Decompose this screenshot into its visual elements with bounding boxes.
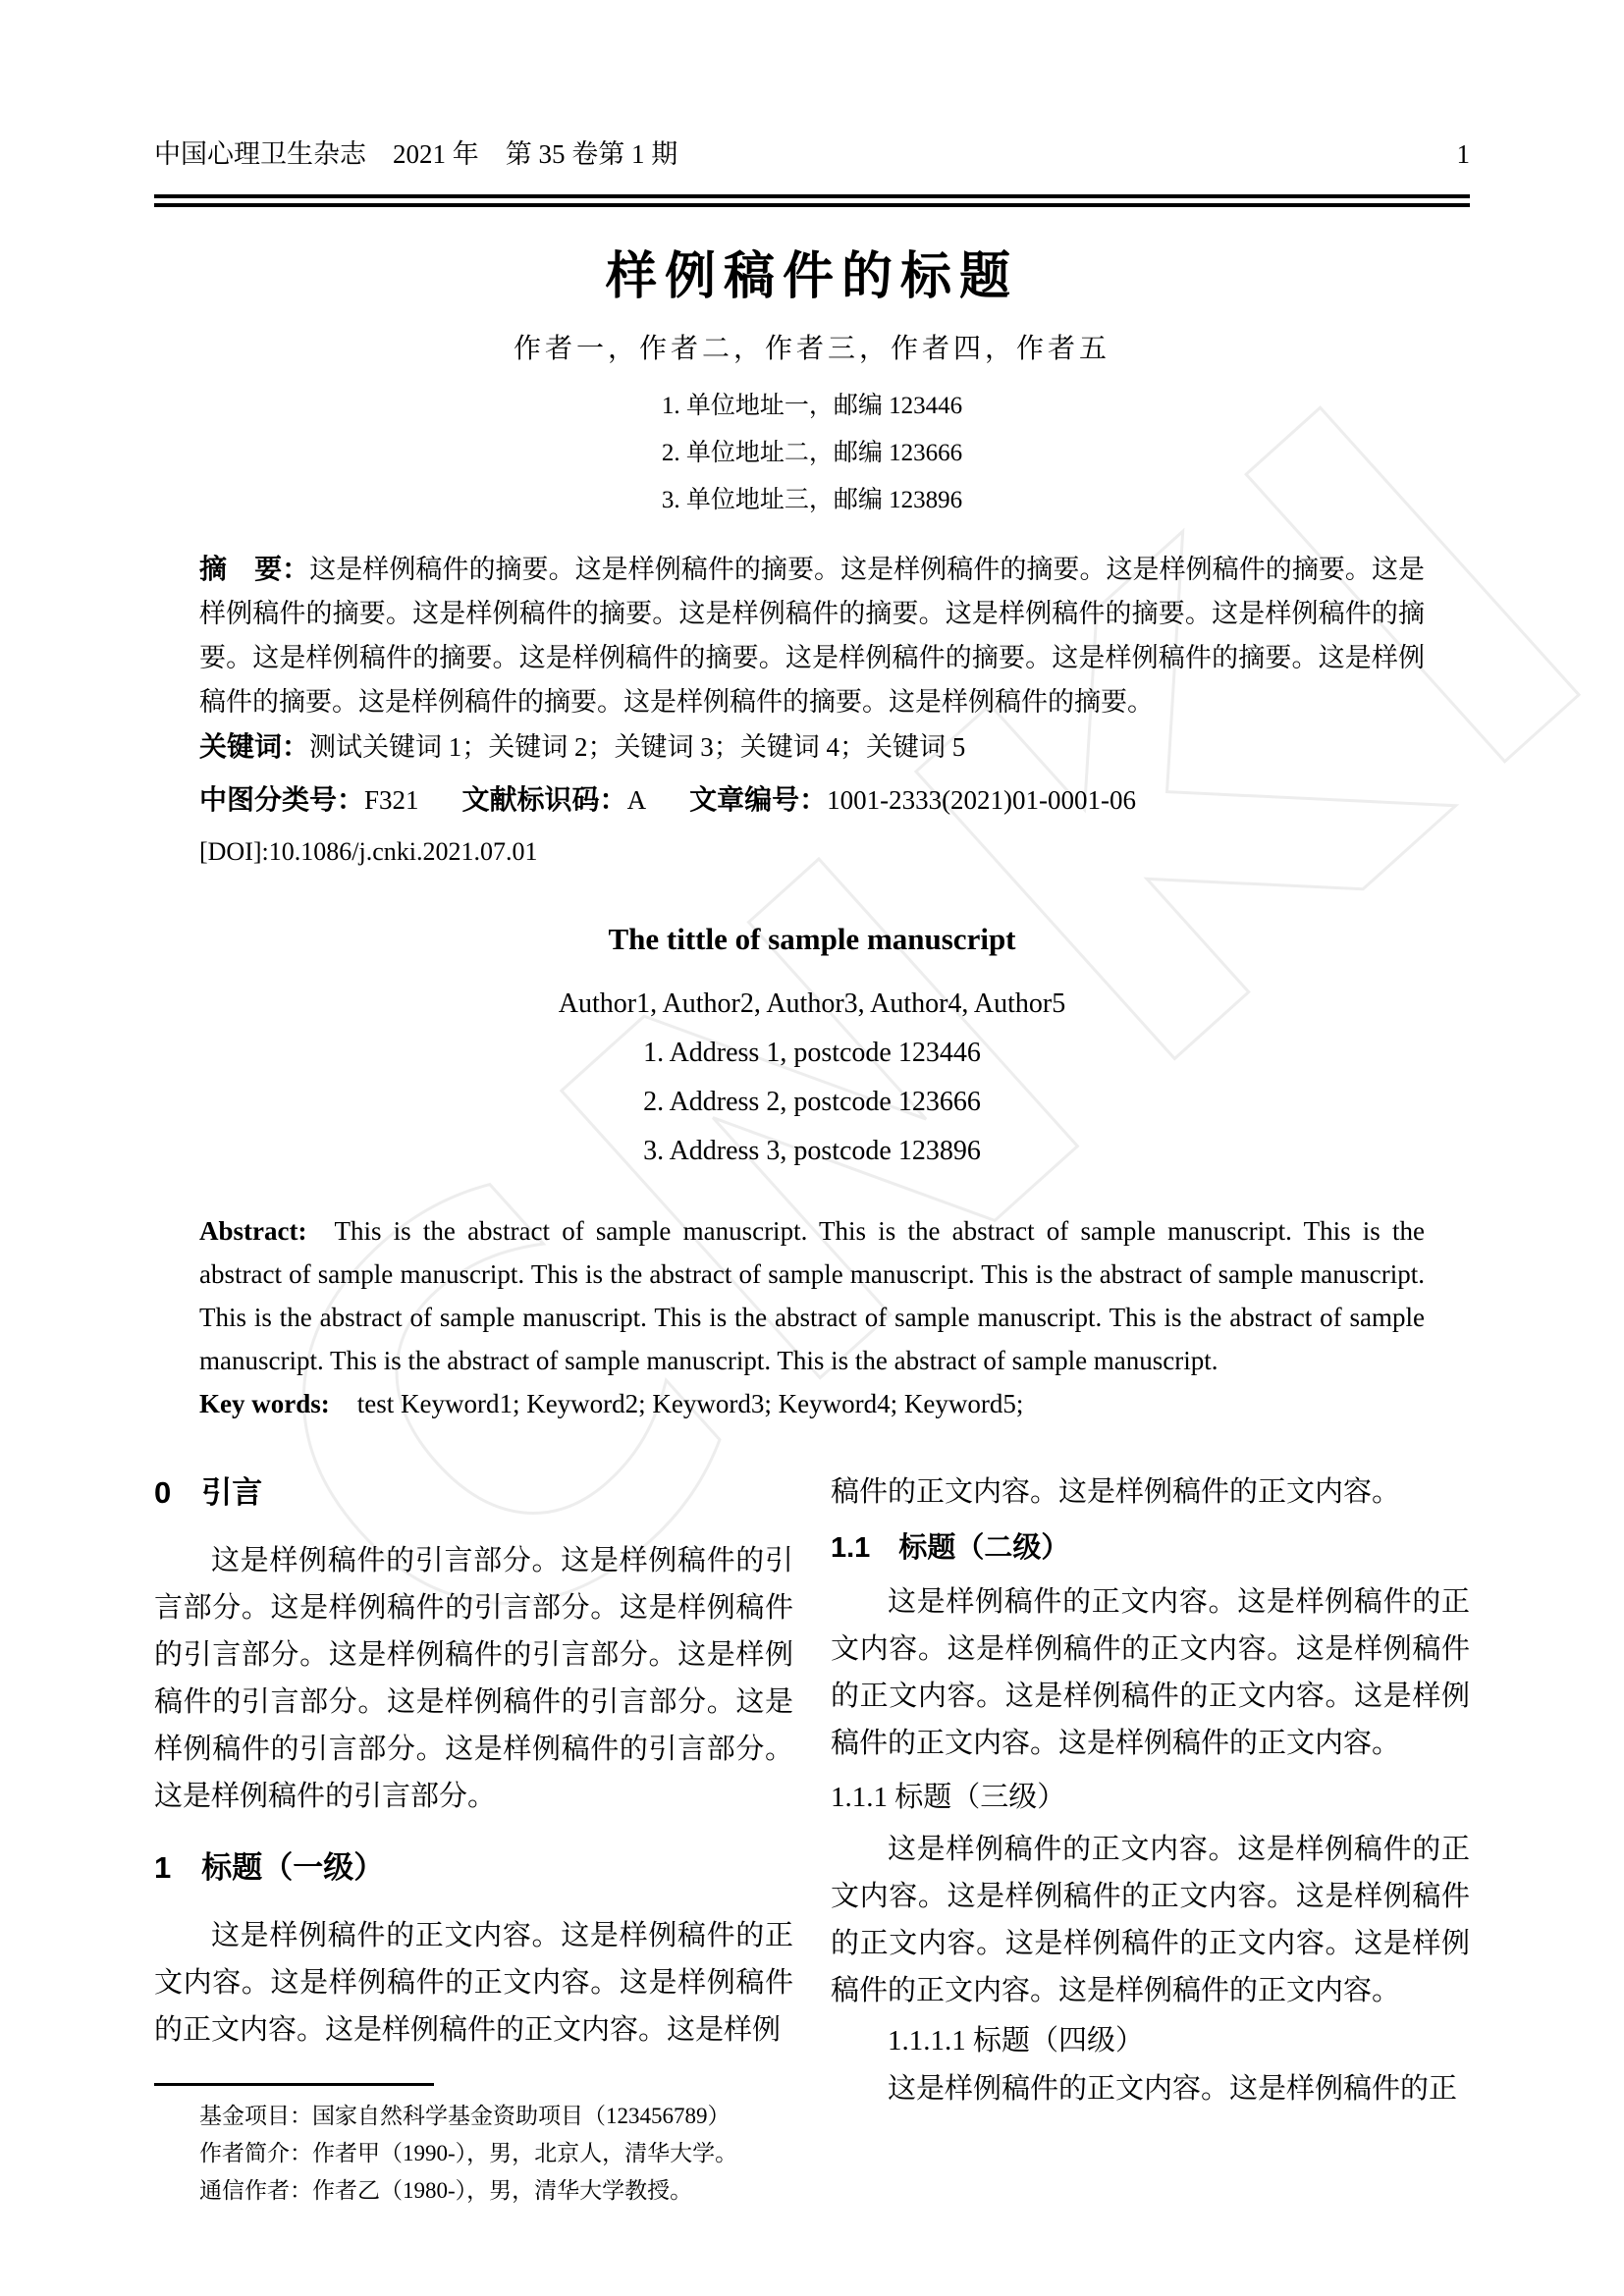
keywords-en-label: Key words: <box>199 1389 330 1418</box>
affiliation-en-3: 3. Address 3, postcode 123896 <box>154 1135 1470 1168</box>
footnote-corresponding-author: 通信作者：作者乙（1980-），男，清华大学教授。 <box>154 2172 793 2210</box>
page-content: 中国心理卫生杂志 2021 年 第 35 卷第 1 期 1 样例稿件的标题 作者… <box>154 137 1470 2210</box>
abstract-cn-text: 这是样例稿件的摘要。这是样例稿件的摘要。这是样例稿件的摘要。这是样例稿件的摘要。… <box>199 555 1425 717</box>
left-column: 0 引言 这是样例稿件的引言部分。这是样例稿件的引言部分。这是样例稿件的引言部分… <box>154 1468 793 2210</box>
keywords-cn-label: 关键词： <box>199 731 309 762</box>
intro-paragraph: 这是样例稿件的引言部分。这是样例稿件的引言部分。这是样例稿件的引言部分。这是样例… <box>154 1537 793 1820</box>
classification-line: 中图分类号：F321文献标识码：A文章编号：1001-2333(2021)01-… <box>199 777 1425 823</box>
abstract-en-text: This is the abstract of sample manuscrip… <box>199 1216 1425 1375</box>
affiliation-cn-3: 3. 单位地址三，邮编 123896 <box>154 486 1470 515</box>
abstract-cn: 摘 要：这是样例稿件的摘要。这是样例稿件的摘要。这是样例稿件的摘要。这是样例稿件… <box>199 547 1425 724</box>
section-heading-intro: 0 引言 <box>154 1472 793 1514</box>
header-double-rule <box>154 194 1470 207</box>
affiliation-cn-1: 1. 单位地址一，邮编 123446 <box>154 392 1470 421</box>
clc-value: F321 <box>364 785 419 815</box>
section-heading-level1: 1 标题（一级） <box>154 1847 793 1889</box>
authors-en: Author1, Author2, Author3, Author4, Auth… <box>154 988 1470 1021</box>
journal-issue-info: 中国心理卫生杂志 2021 年 第 35 卷第 1 期 <box>154 137 677 171</box>
abstract-cn-label: 摘 要： <box>199 554 309 584</box>
journal-page: CNKI 中国心理卫生杂志 2021 年 第 35 卷第 1 期 1 样例稿件的… <box>0 0 1624 2296</box>
footnote-fund: 基金项目：国家自然科学基金资助项目（123456789） <box>154 2098 793 2135</box>
section-heading-level4: 1.1.1.1 标题（四级） <box>831 2020 1470 2061</box>
body-paragraph-1: 这是样例稿件的正文内容。这是样例稿件的正文内容。这是样例稿件的正文内容。这是样例… <box>831 1578 1470 1767</box>
affiliation-cn-2: 2. 单位地址二，邮编 123666 <box>154 439 1470 468</box>
article-title-cn: 样例稿件的标题 <box>154 246 1470 307</box>
article-id-label: 文章编号： <box>689 784 827 815</box>
authors-cn: 作者一，作者二，作者三，作者四，作者五 <box>154 333 1470 366</box>
keywords-en: Key words:test Keyword1; Keyword2; Keywo… <box>199 1382 1425 1425</box>
doc-code-label: 文献标识码： <box>462 784 627 815</box>
abstract-en: Abstract:This is the abstract of sample … <box>199 1209 1425 1382</box>
body-paragraph-tail: 这是样例稿件的正文内容。这是样例稿件的正 <box>831 2065 1470 2112</box>
body-paragraph-continuation: 稿件的正文内容。这是样例稿件的正文内容。 <box>831 1468 1470 1516</box>
page-number: 1 <box>1457 137 1471 171</box>
keywords-cn-text: 测试关键词 1；关键词 2；关键词 3；关键词 4；关键词 5 <box>309 732 965 762</box>
right-column: 稿件的正文内容。这是样例稿件的正文内容。 1.1 标题（二级） 这是样例稿件的正… <box>831 1468 1470 2210</box>
keywords-en-text: test Keyword1; Keyword2; Keyword3; Keywo… <box>357 1389 1024 1418</box>
clc-label: 中图分类号： <box>199 784 364 815</box>
section-heading-level2: 1.1 标题（二级） <box>831 1527 1470 1569</box>
keywords-cn: 关键词：测试关键词 1；关键词 2；关键词 3；关键词 4；关键词 5 <box>199 724 1425 770</box>
two-column-body: 0 引言 这是样例稿件的引言部分。这是样例稿件的引言部分。这是样例稿件的引言部分… <box>154 1468 1470 2210</box>
footnote-block: 基金项目：国家自然科学基金资助项目（123456789） 作者简介：作者甲（19… <box>154 2083 793 2210</box>
footnote-author-bio: 作者简介：作者甲（1990-），男，北京人，清华大学。 <box>154 2135 793 2172</box>
running-head: 中国心理卫生杂志 2021 年 第 35 卷第 1 期 1 <box>154 137 1470 171</box>
affiliation-en-2: 2. Address 2, postcode 123666 <box>154 1086 1470 1119</box>
doc-code-value: A <box>627 785 647 815</box>
body-paragraph-2: 这是样例稿件的正文内容。这是样例稿件的正文内容。这是样例稿件的正文内容。这是样例… <box>831 1826 1470 2014</box>
abstract-en-label: Abstract: <box>199 1216 306 1246</box>
footnote-rule <box>154 2083 434 2086</box>
doi-line: [DOI]:10.1086/j.cnki.2021.07.01 <box>199 832 1425 872</box>
section-heading-level3: 1.1.1 标题（三级） <box>831 1777 1470 1818</box>
article-title-en: The tittle of sample manuscript <box>154 921 1470 958</box>
body-paragraph-part: 这是样例稿件的正文内容。这是样例稿件的正文内容。这是样例稿件的正文内容。这是样例… <box>154 1912 793 2054</box>
affiliation-en-1: 1. Address 1, postcode 123446 <box>154 1037 1470 1070</box>
article-id-value: 1001-2333(2021)01-0001-06 <box>827 785 1136 815</box>
